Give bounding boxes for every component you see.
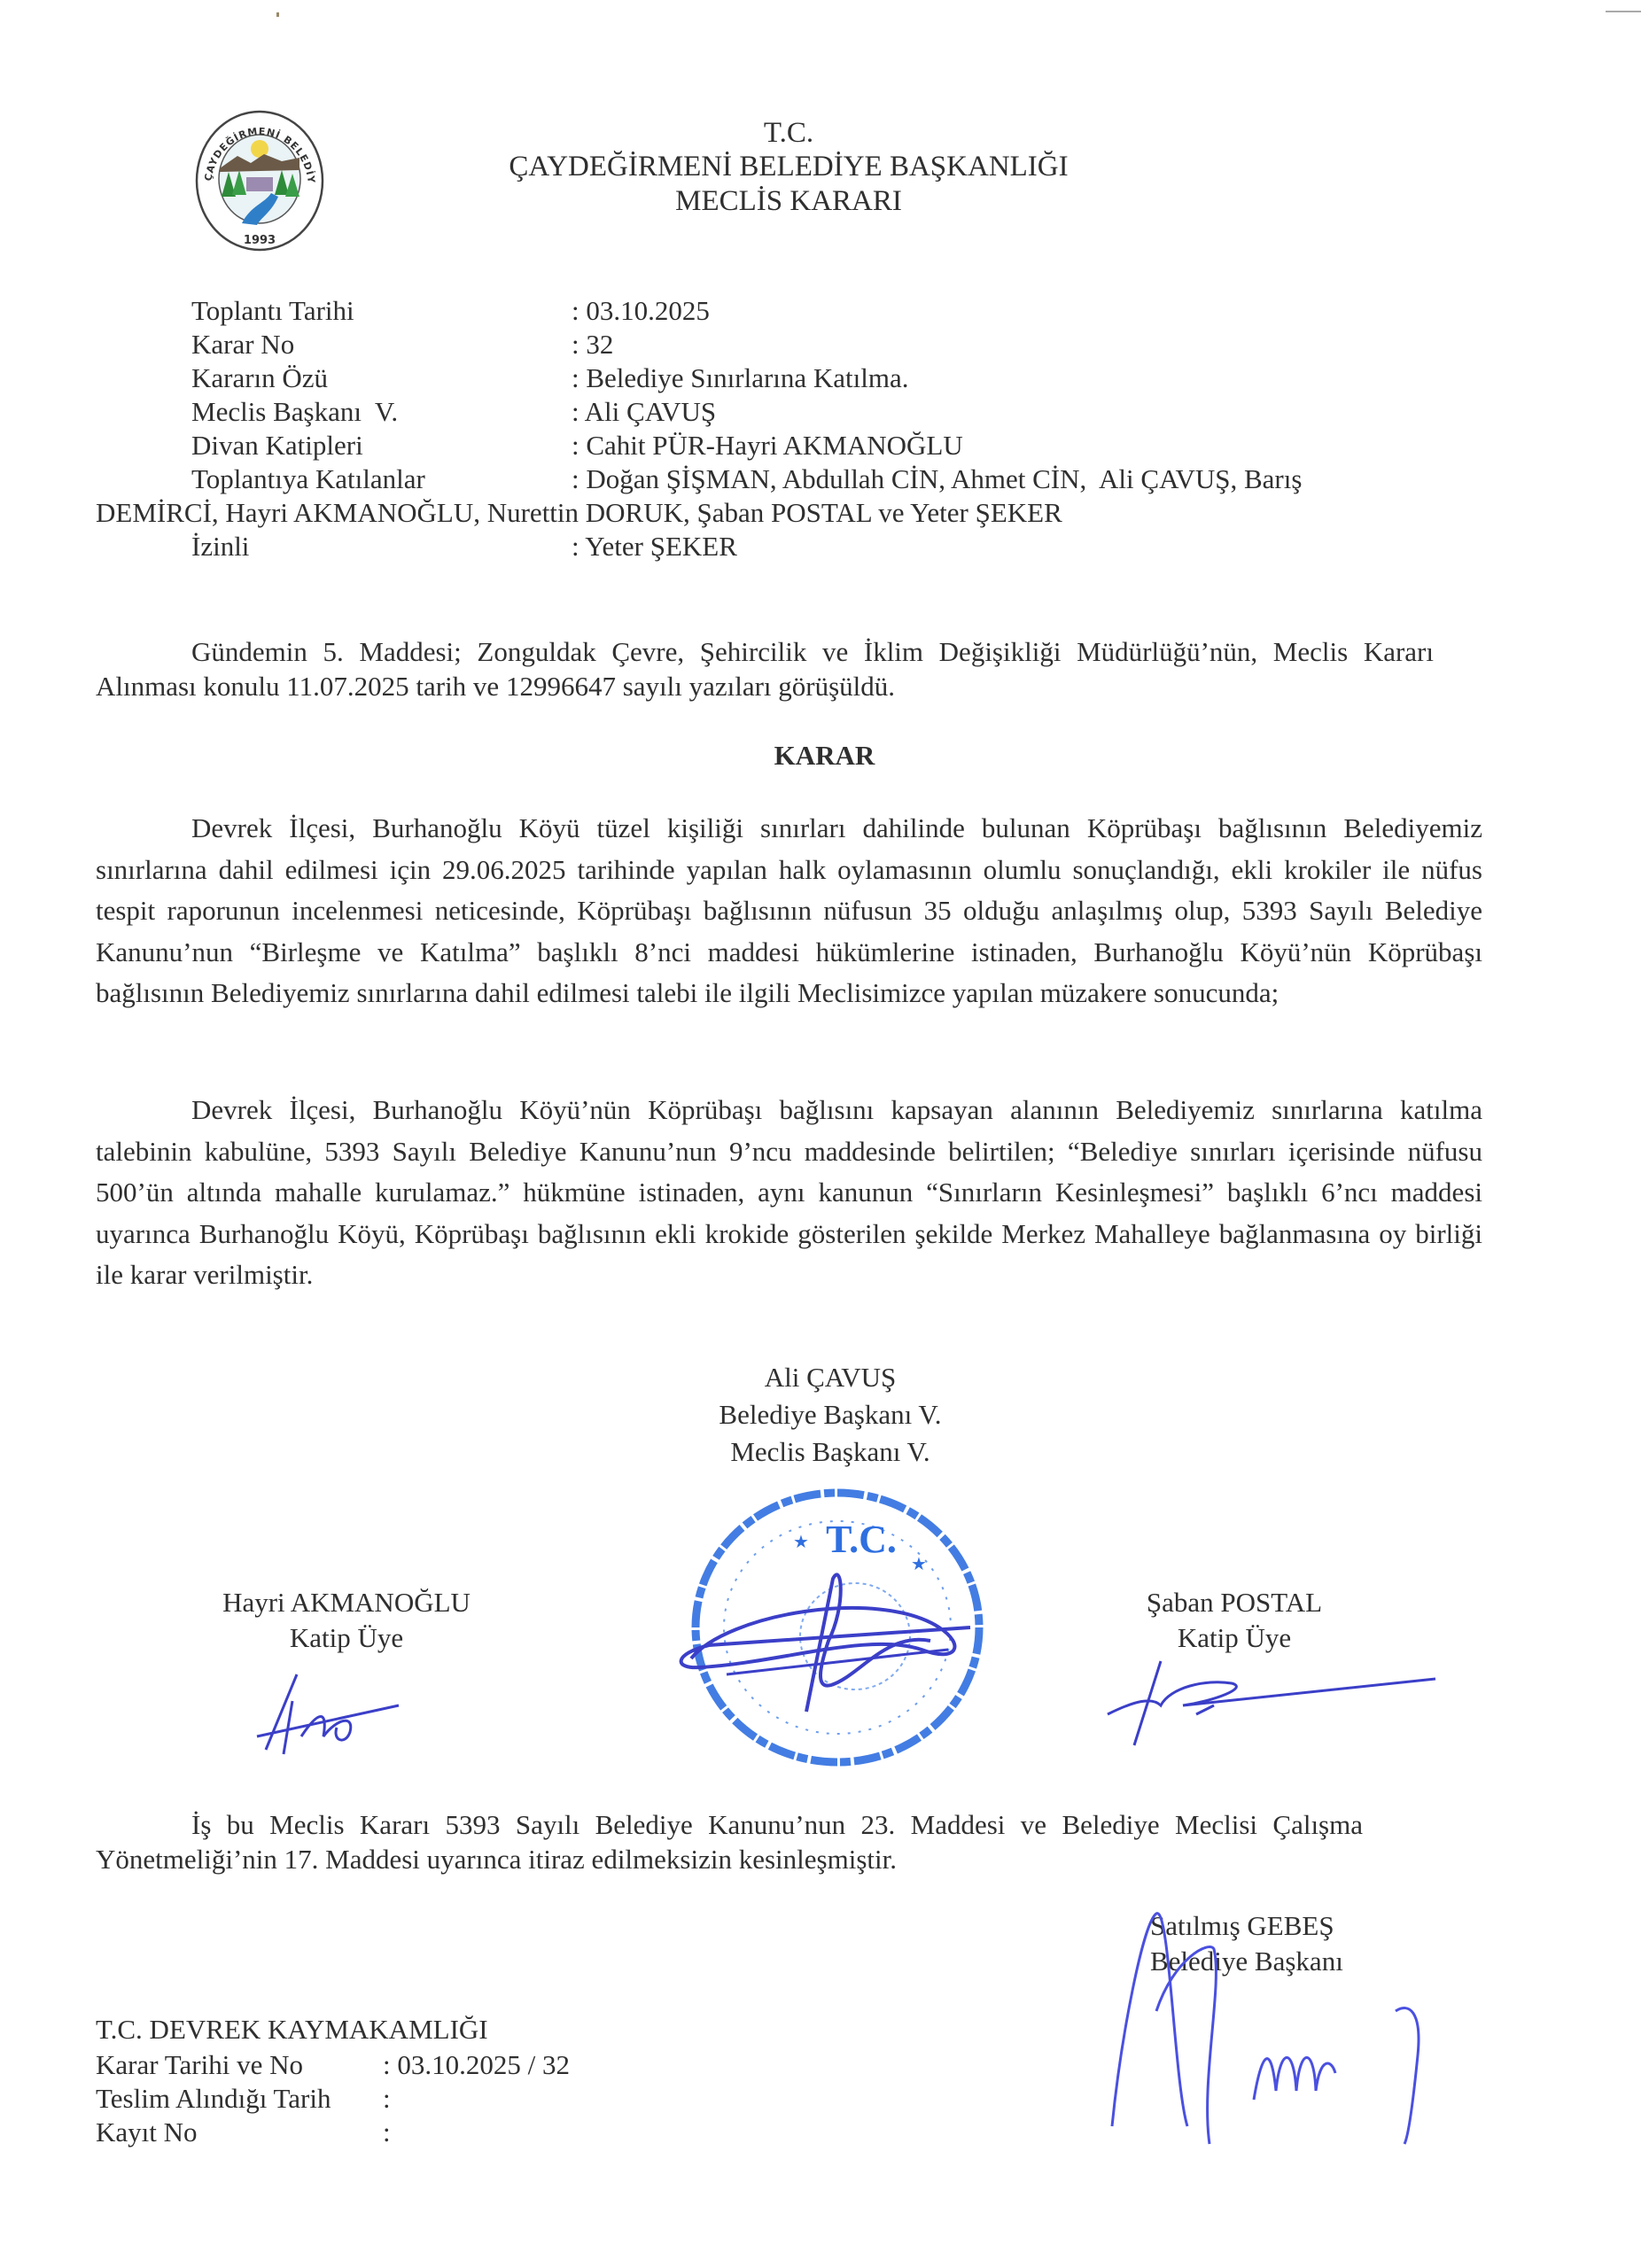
meta-label: Meclis Başkanı V. <box>191 395 398 429</box>
meta-value: : 03.10.2025 <box>572 294 710 328</box>
district-label: Teslim Alındığı Tarih <box>96 2082 331 2116</box>
meta-value: : Ali ÇAVUŞ <box>572 395 716 429</box>
clerk-left-title: Katip Üye <box>169 1621 524 1655</box>
chair-name: Ali ÇAVUŞ <box>564 1361 1096 1394</box>
stamp-seal-icon: T.C. ★ ★ <box>673 1481 1001 1774</box>
municipality-seal-icon: ÇAYDEĞİRMENİ BELEDİYESİ 1993 <box>193 108 326 254</box>
svg-text:★: ★ <box>793 1531 809 1552</box>
chair-title-1: Belediye Başkanı V. <box>564 1398 1096 1432</box>
district-heading: T.C. DEVREK KAYMAKAMLIĞI <box>96 2013 488 2047</box>
meta-value: : Belediye Sınırlarına Katılma. <box>572 361 909 395</box>
header-document-type: MECLİS KARARI <box>390 183 1187 219</box>
clerk-right-signature <box>1099 1652 1444 1750</box>
clerk-left-name: Hayri AKMANOĞLU <box>169 1586 524 1619</box>
signature-icon <box>1099 1652 1444 1750</box>
svg-text:★: ★ <box>911 1553 927 1574</box>
municipality-logo: ÇAYDEĞİRMENİ BELEDİYESİ 1993 <box>193 108 326 254</box>
finality-paragraph: İş bu Meclis Kararı 5393 Sayılı Belediye… <box>96 1807 1363 1876</box>
district-value: : <box>383 2116 391 2149</box>
meta-value: : Yeter ŞEKER <box>572 530 737 563</box>
meta-label: Kararın Özü <box>191 361 328 395</box>
meta-label: İzinli <box>191 530 249 563</box>
decision-text: Devrek İlçesi, Burhanoğlu Köyü’nün Köprü… <box>96 1094 1482 1290</box>
decision-heading: KARAR <box>0 738 1649 773</box>
scan-speck <box>276 12 279 17</box>
signature-icon <box>1103 1905 1458 2153</box>
meta-label: Karar No <box>191 328 294 361</box>
meta-value: : Doğan ŞİŞMAN, Abdullah CİN, Ahmet CİN,… <box>572 462 1302 496</box>
agenda-text: Gündemin 5. Maddesi; Zonguldak Çevre, Şe… <box>96 636 1434 702</box>
district-value: : <box>383 2082 391 2116</box>
meta-label: Divan Katipleri <box>191 429 363 462</box>
district-label: Karar Tarihi ve No <box>96 2048 303 2082</box>
mayor-signature <box>1103 1905 1458 2153</box>
meta-label: Toplantı Tarihi <box>191 294 354 328</box>
meta-value: : 32 <box>572 328 613 361</box>
clerk-right-name: Şaban POSTAL <box>1057 1586 1412 1619</box>
meta-label: Toplantıya Katılanlar <box>191 462 425 496</box>
signature-icon <box>248 1666 408 1763</box>
district-value: : 03.10.2025 / 32 <box>383 2048 570 2082</box>
chair-title-2: Meclis Başkanı V. <box>564 1435 1096 1469</box>
svg-text:1993: 1993 <box>244 234 276 247</box>
official-stamp: T.C. ★ ★ <box>673 1481 1001 1774</box>
meta-value: : Cahit PÜR-Hayri AKMANOĞLU <box>572 429 963 462</box>
header-institution: ÇAYDEĞİRMENİ BELEDİYE BAŞKANLIĞI <box>390 149 1187 184</box>
finality-text: İş bu Meclis Kararı 5393 Sayılı Belediye… <box>96 1809 1363 1875</box>
clerk-left-signature <box>248 1666 408 1763</box>
decision-paragraph-2: Devrek İlçesi, Burhanoğlu Köyü’nün Köprü… <box>96 1090 1482 1296</box>
district-label: Kayıt No <box>96 2116 198 2149</box>
clerk-right-title: Katip Üye <box>1057 1621 1412 1655</box>
scan-line-mark <box>1606 11 1641 12</box>
meta-value-continuation: DEMİRCİ, Hayri AKMANOĞLU, Nurettin DORUK… <box>96 496 1062 530</box>
header-tc: T.C. <box>390 115 1187 151</box>
decision-paragraph-1: Devrek İlçesi, Burhanoğlu Köyü tüzel kiş… <box>96 808 1482 1014</box>
svg-text:T.C.: T.C. <box>826 1518 897 1561</box>
agenda-paragraph: Gündemin 5. Maddesi; Zonguldak Çevre, Şe… <box>96 634 1434 703</box>
decision-text: Devrek İlçesi, Burhanoğlu Köyü tüzel kiş… <box>96 812 1482 1008</box>
